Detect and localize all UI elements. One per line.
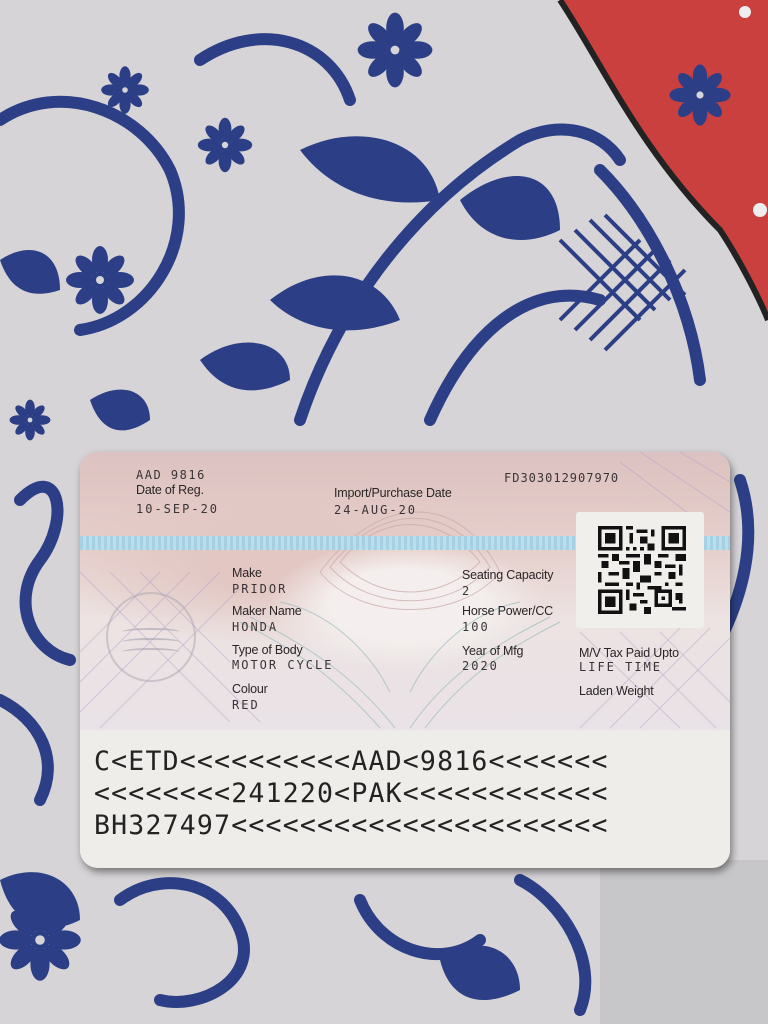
import-purchase-date-value: 24-AUG-20 bbox=[334, 503, 417, 517]
year-of-mfg-label: Year of Mfg bbox=[462, 644, 523, 658]
seating-capacity-value: 2 bbox=[462, 584, 471, 598]
horse-power-cc-value: 100 bbox=[462, 620, 490, 634]
colour-value: RED bbox=[232, 698, 260, 712]
mrz-line-1: C<ETD<<<<<<<<<<AAD<9816<<<<<<< bbox=[94, 746, 609, 777]
seating-capacity-label: Seating Capacity bbox=[462, 568, 553, 582]
make-label: Make bbox=[232, 566, 262, 580]
mrz-line-3: BH327497<<<<<<<<<<<<<<<<<<<<<< bbox=[94, 810, 609, 841]
import-purchase-date-label: Import/Purchase Date bbox=[334, 486, 452, 500]
maker-name-value: HONDA bbox=[232, 620, 278, 634]
make-value: PRIDOR bbox=[232, 582, 287, 596]
vehicle-registration-card: AAD 9816 Date of Reg. 10-SEP-20 Import/P… bbox=[80, 452, 730, 868]
year-of-mfg-value: 2020 bbox=[462, 659, 499, 673]
maker-name-label: Maker Name bbox=[232, 604, 302, 618]
mrz-line-2: <<<<<<<<241220<PAK<<<<<<<<<<<< bbox=[94, 778, 609, 809]
type-of-body-label: Type of Body bbox=[232, 643, 303, 657]
type-of-body-value: MOTOR CYCLE bbox=[232, 658, 333, 672]
mv-tax-paid-upto-value: LIFE TIME bbox=[579, 660, 662, 674]
date-of-reg-value: 10-SEP-20 bbox=[136, 502, 219, 516]
government-emblem-icon bbox=[106, 592, 196, 682]
laden-weight-label: Laden Weight bbox=[579, 684, 654, 698]
machine-readable-zone: C<ETD<<<<<<<<<<AAD<9816<<<<<<< <<<<<<<<2… bbox=[80, 730, 730, 868]
mv-tax-paid-upto-label: M/V Tax Paid Upto bbox=[579, 646, 679, 660]
registration-number: AAD 9816 bbox=[136, 468, 206, 482]
colour-label: Colour bbox=[232, 682, 268, 696]
qr-code-icon bbox=[576, 512, 704, 628]
card-serial-number: FD303012907970 bbox=[504, 471, 619, 485]
date-of-reg-label: Date of Reg. bbox=[136, 483, 204, 497]
horse-power-cc-label: Horse Power/CC bbox=[462, 604, 553, 618]
